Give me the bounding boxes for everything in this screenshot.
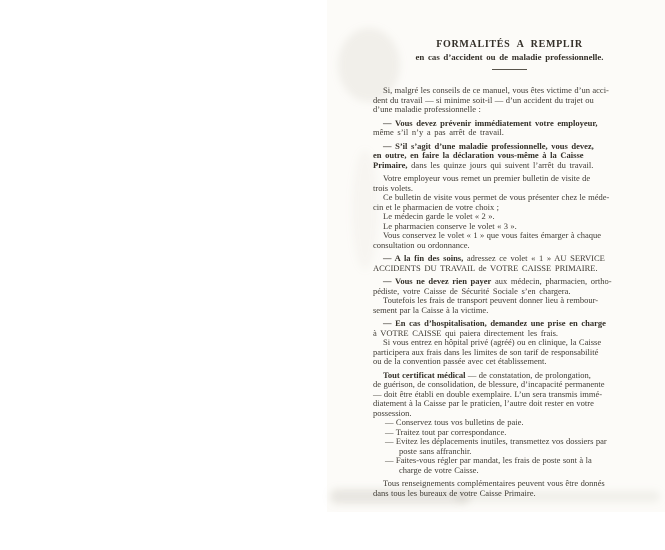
text-segment: Ce bulletin de visite vous permet de vou…	[373, 192, 609, 212]
page-title: FORMALITÉS A REMPLIR	[357, 39, 662, 50]
text-segment: Votre employeur vous remet un premier bu…	[373, 173, 590, 193]
paragraph-2: — Vous devez prévenir immédiatement votr…	[373, 119, 662, 138]
text-segment: — A la fin des soins,	[383, 253, 463, 263]
text-segment: — Traitez tout par correspondance.	[385, 427, 506, 437]
text-segment: — Vous ne devez rien payer	[383, 276, 491, 286]
paragraph-3: — S’il s’agit d’une maladie professionne…	[373, 142, 662, 171]
text-segment: — En cas d’hospitalisation, demandez une…	[383, 318, 606, 328]
text-segment: — Vous devez prévenir immédiatement votr…	[383, 118, 597, 128]
paragraph-5: Ce bulletin de visite vous permet de vou…	[373, 193, 662, 212]
text-segment: Tout certificat médical	[383, 370, 465, 380]
paragraph-11: Toutefois les frais de transport peuvent…	[373, 296, 662, 315]
paragraph-1: Si, malgré les conseils de ce manuel, vo…	[373, 86, 662, 115]
text-segment: — Faites-vous régler par mandat, les fra…	[385, 455, 592, 475]
paragraph-9: — A la fin des soins, adressez ce volet …	[373, 254, 662, 273]
text-segment: Tous renseignements complémentaires peuv…	[373, 478, 605, 498]
paragraph-10: — Vous ne devez rien payer aux médecin, …	[373, 277, 662, 296]
paragraph-13: Si vous entrez en hôpital privé (agréé) …	[373, 338, 662, 367]
text-segment: Si, malgré les conseils de ce manuel, vo…	[373, 85, 609, 114]
paragraph-14: Tout certificat médical — de constatatio…	[373, 371, 662, 419]
paragraph-12: — En cas d’hospitalisation, demandez une…	[373, 319, 662, 338]
text-segment: — Evitez les déplacements inutiles, tran…	[385, 436, 607, 456]
text-segment: Si vous entrez en hôpital privé (agréé) …	[373, 337, 601, 366]
paragraph-18: — Faites-vous régler par mandat, les fra…	[373, 456, 662, 475]
text-segment: dans les quinze jours qui suivent l’arrê…	[408, 160, 594, 170]
page-subtitle: en cas d’accident ou de maladie professi…	[357, 52, 662, 62]
document-body: Si, malgré les conseils de ce manuel, vo…	[373, 86, 662, 498]
paragraph-17: — Evitez les déplacements inutiles, tran…	[373, 437, 662, 456]
text-segment: Le pharmacien conserve le volet « 3 ».	[383, 221, 517, 231]
paragraph-8: Vous conservez le volet « 1 » que vous f…	[373, 231, 662, 250]
document-heading: FORMALITÉS A REMPLIR en cas d’accident o…	[357, 39, 662, 70]
divider	[492, 69, 527, 70]
text-segment: même s’il n’y a pas arrêt de travail.	[373, 127, 504, 137]
text-column: FORMALITÉS A REMPLIR en cas d’accident o…	[373, 39, 662, 498]
text-segment: — Conservez tous vos bulletins de paie.	[385, 417, 524, 427]
text-segment: Toutefois les frais de transport peuvent…	[373, 295, 598, 315]
paragraph-19: Tous renseignements complémentaires peuv…	[373, 479, 662, 498]
text-segment: Le médecin garde le volet « 2 ».	[383, 211, 495, 221]
text-segment: à VOTRE CAISSE qui paiera directement le…	[373, 328, 558, 338]
text-segment: Vous conservez le volet « 1 » que vous f…	[373, 230, 601, 250]
paragraph-4: Votre employeur vous remet un premier bu…	[373, 174, 662, 193]
